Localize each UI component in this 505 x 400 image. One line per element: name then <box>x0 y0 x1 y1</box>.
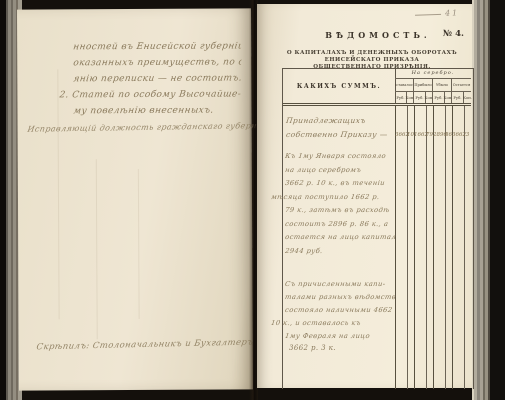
amount-cell: 10 <box>407 132 414 138</box>
left-page: нностей въ Енисейской губерніи неоказанн… <box>17 8 253 390</box>
handwritten-line: нностей въ Енисейской губерніи не <box>72 38 242 55</box>
handwritten-line: 1му Февраля на лицо <box>284 330 396 343</box>
amount-cell: 1662 <box>414 132 426 138</box>
unit-label: Коп. <box>407 92 414 103</box>
right-page: 41 ВѢДОМОСТЬ. № 4. О КАПИТАЛАХЪ И ДЕНЕЖН… <box>257 4 472 388</box>
archival-book-scan: нностей въ Енисейской губерніи неоказанн… <box>0 0 505 400</box>
ledger-table: КАКИХЪ СУММЪ. На серебро. ОставалосьПриб… <box>282 68 474 389</box>
handwritten-line: Къ 1му Января состояло <box>284 150 396 164</box>
handwritten-line: оказанныхъ преимуществъ, по состо- <box>72 54 242 71</box>
bleedthrough-line <box>96 159 98 339</box>
handwritten-line: 2. Статей по особому Высочайше- <box>58 86 242 103</box>
column-group-headers: ОставалосьПрибылоУбылоОстается <box>395 78 471 92</box>
entry-label: Принадлежащихъсобственно Приказу — <box>286 114 394 142</box>
handwritten-line: на лицо серебромъ <box>284 164 396 178</box>
amount-cell: 3662 <box>452 132 464 138</box>
column-rule <box>464 106 465 389</box>
unit-label: Коп. <box>445 92 452 103</box>
column-group-label: Оставалось <box>395 78 414 92</box>
column-rule <box>445 106 446 389</box>
column-header-sums: КАКИХЪ СУММЪ. <box>283 69 396 103</box>
entry-note-2: Съ причисленными капи-талами разныхъ вѣд… <box>285 278 395 343</box>
column-rule <box>433 106 434 389</box>
countersignature-line: Скрѣпилъ: Столоначальникъ и Бухгалтеръ <box>36 337 254 352</box>
column-rule <box>426 106 427 389</box>
handwritten-line: 79 к., затѣмъ въ расходѣ <box>284 204 396 218</box>
bleedthrough-line <box>57 69 59 319</box>
handwritten-line: остается на лицо капитала <box>284 231 396 245</box>
handwritten-line: 10 к., и оставалось къ <box>270 317 396 330</box>
official-signature-line: Исправляющій должность гражданскаго губе… <box>26 119 255 137</box>
amount-cell: 86 <box>445 132 452 138</box>
page-edge-stack-right <box>472 0 505 400</box>
handwritten-line: 3662 р. 10 к., въ теченіи <box>284 177 396 191</box>
column-group-label: Прибыло <box>414 78 433 92</box>
entry-values-row: 36621016627928968636623 <box>395 132 471 138</box>
unit-label: Коп. <box>464 92 471 103</box>
handwritten-line: му повелѣнію внесенныхъ. <box>72 102 242 119</box>
handwritten-line: янію переписки — не состоитъ. <box>72 70 242 87</box>
handwritten-line: 2944 руб. <box>284 245 396 259</box>
amount-cell: 3662 <box>395 132 407 138</box>
column-rule <box>407 106 408 389</box>
handwritten-paragraph: нностей въ Енисейской губерніи неоказанн… <box>73 38 241 119</box>
document-number: № 4. <box>443 29 464 39</box>
entry-note-1: Къ 1му Января состоялона лицо серебромъ3… <box>285 150 395 258</box>
unit-label: Коп. <box>426 92 433 103</box>
handwritten-line: состояло наличными 4662 р. <box>284 304 396 317</box>
handwritten-line: состоитъ 2896 р. 86 к., а <box>284 218 396 232</box>
handwritten-line: талами разныхъ вѣдомствъ <box>284 291 396 304</box>
archival-folio-note: 41 <box>415 8 459 19</box>
table-body: Принадлежащихъсобственно Приказу — 36621… <box>283 106 471 389</box>
signature-text: Исправляющій должность гражданскаго губе… <box>27 121 287 134</box>
unit-subheaders: Руб.Коп.Руб.Коп.Руб.Коп.Руб.Коп. <box>395 92 471 103</box>
subtitle-line: О КАПИТАЛАХЪ И ДЕНЕЖНЫХЪ ОБОРОТАХЪ ЕНИСЕ… <box>287 50 457 63</box>
column-group-label: Убыло <box>433 78 452 92</box>
table-header: КАКИХЪ СУММЪ. На серебро. ОставалосьПриб… <box>283 69 471 104</box>
handwritten-line: собственно Приказу — <box>285 128 395 142</box>
amount-cell: 3 <box>464 132 471 138</box>
bleedthrough-line <box>138 169 140 319</box>
column-rule <box>452 106 453 389</box>
handwritten-line: Съ причисленными капи- <box>284 278 396 291</box>
amount-cell: 79 <box>426 132 433 138</box>
handwritten-line: мѣсяца поступило 1662 р. <box>270 191 396 205</box>
column-group-label: Остается <box>452 78 471 92</box>
column-rule <box>414 106 415 389</box>
handwritten-line: Принадлежащихъ <box>285 114 395 128</box>
entry-note-2-total: 3662 р. 3 к. <box>289 344 336 352</box>
amount-cell: 2896 <box>433 132 445 138</box>
